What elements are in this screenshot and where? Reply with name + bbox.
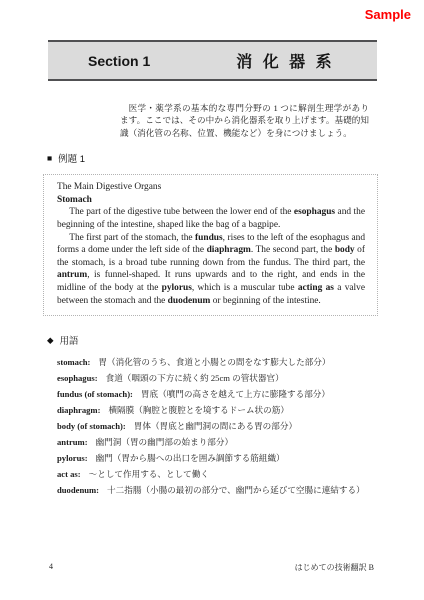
- intro-paragraph: 医学・薬学系の基本的な専門分野の 1 つに解剖生理学があります。ここでは、その中…: [120, 102, 369, 139]
- glossary-definition: ～として作用する、として働く: [89, 469, 209, 479]
- glossary-term: diaphragm:: [57, 405, 100, 415]
- diamond-bullet-icon: ◆: [47, 335, 54, 346]
- footer-title: はじめての技術翻訳 B: [295, 562, 374, 573]
- glossary-definition: 幽門（胃から腸への出口を囲み調節する筋組織）: [96, 453, 285, 463]
- example-heading: ■ 例題 1: [47, 151, 424, 165]
- glossary-item: antrum:幽門洞（胃の幽門部の始まり部分）: [57, 434, 394, 450]
- glossary-definition: 食道（咽頭の下方に続く約 25cm の管状器官）: [106, 373, 284, 383]
- glossary-heading: ◆ 用語: [47, 333, 424, 347]
- glossary-list: stomach:胃（消化管のうち、食道と小腸との間をなす膨大した部分） esop…: [57, 354, 394, 498]
- example-paragraph-2: The first part of the stomach, the fundu…: [57, 232, 365, 308]
- example-heading-label: 例題 1: [58, 151, 85, 165]
- glossary-definition: 胃底（噴門の高さを越えて上方に膨隆する部分）: [141, 389, 330, 399]
- glossary-definition: 胃（消化管のうち、食道と小腸との間をなす膨大した部分）: [98, 357, 330, 367]
- glossary-item: fundus (of stomach):胃底（噴門の高さを越えて上方に膨隆する部…: [57, 386, 394, 402]
- glossary-term: body (of stomach):: [57, 421, 126, 431]
- glossary-definition: 横隔膜（胸腔と腹腔とを境するドーム状の筋）: [108, 405, 288, 415]
- example-box: The Main Digestive Organs Stomach The pa…: [43, 174, 378, 316]
- glossary-term: act as:: [57, 469, 81, 479]
- glossary-term: antrum:: [57, 437, 88, 447]
- glossary-term: esophagus:: [57, 373, 98, 383]
- glossary-item: body (of stomach):胃体（胃底と幽門洞の間にある胃の部分）: [57, 418, 394, 434]
- glossary-term: stomach:: [57, 357, 90, 367]
- glossary-item: diaphragm:横隔膜（胸腔と腹腔とを境するドーム状の筋）: [57, 402, 394, 418]
- glossary-term: fundus (of stomach):: [57, 389, 133, 399]
- glossary-term: duodenum:: [57, 485, 99, 495]
- glossary-item: duodenum:十二指腸（小腸の最初の部分で、幽門から延びて空腸に連結する）: [57, 482, 394, 498]
- square-bullet-icon: ■: [47, 153, 52, 163]
- glossary-definition: 胃体（胃底と幽門洞の間にある胃の部分）: [134, 421, 297, 431]
- glossary-item: act as:～として作用する、として働く: [57, 466, 394, 482]
- glossary-term: pylorus:: [57, 453, 88, 463]
- glossary-item: pylorus:幽門（胃から腸への出口を囲み調節する筋組織）: [57, 450, 394, 466]
- section-label: Section 1: [88, 53, 150, 69]
- sample-watermark: Sample: [365, 7, 411, 22]
- textbook-page: Sample Section 1 消 化 器 系 医学・薬学系の基本的な専門分野…: [0, 40, 424, 498]
- page-footer: 4 はじめての技術翻訳 B: [49, 562, 374, 573]
- glossary-item: esophagus:食道（咽頭の下方に続く約 25cm の管状器官）: [57, 370, 394, 386]
- page-number: 4: [49, 562, 53, 573]
- glossary-item: stomach:胃（消化管のうち、食道と小腸との間をなす膨大した部分）: [57, 354, 394, 370]
- glossary-definition: 十二指腸（小腸の最初の部分で、幽門から延びて空腸に連結する）: [107, 485, 365, 495]
- example-title: The Main Digestive Organs: [57, 181, 365, 194]
- example-paragraph-1: The part of the digestive tube between t…: [57, 206, 365, 231]
- section-title: 消 化 器 系: [236, 49, 334, 72]
- example-subtitle: Stomach: [57, 194, 365, 207]
- section-header: Section 1 消 化 器 系: [48, 40, 377, 81]
- glossary-heading-label: 用語: [60, 333, 79, 347]
- glossary-definition: 幽門洞（胃の幽門部の始まり部分）: [96, 437, 234, 447]
